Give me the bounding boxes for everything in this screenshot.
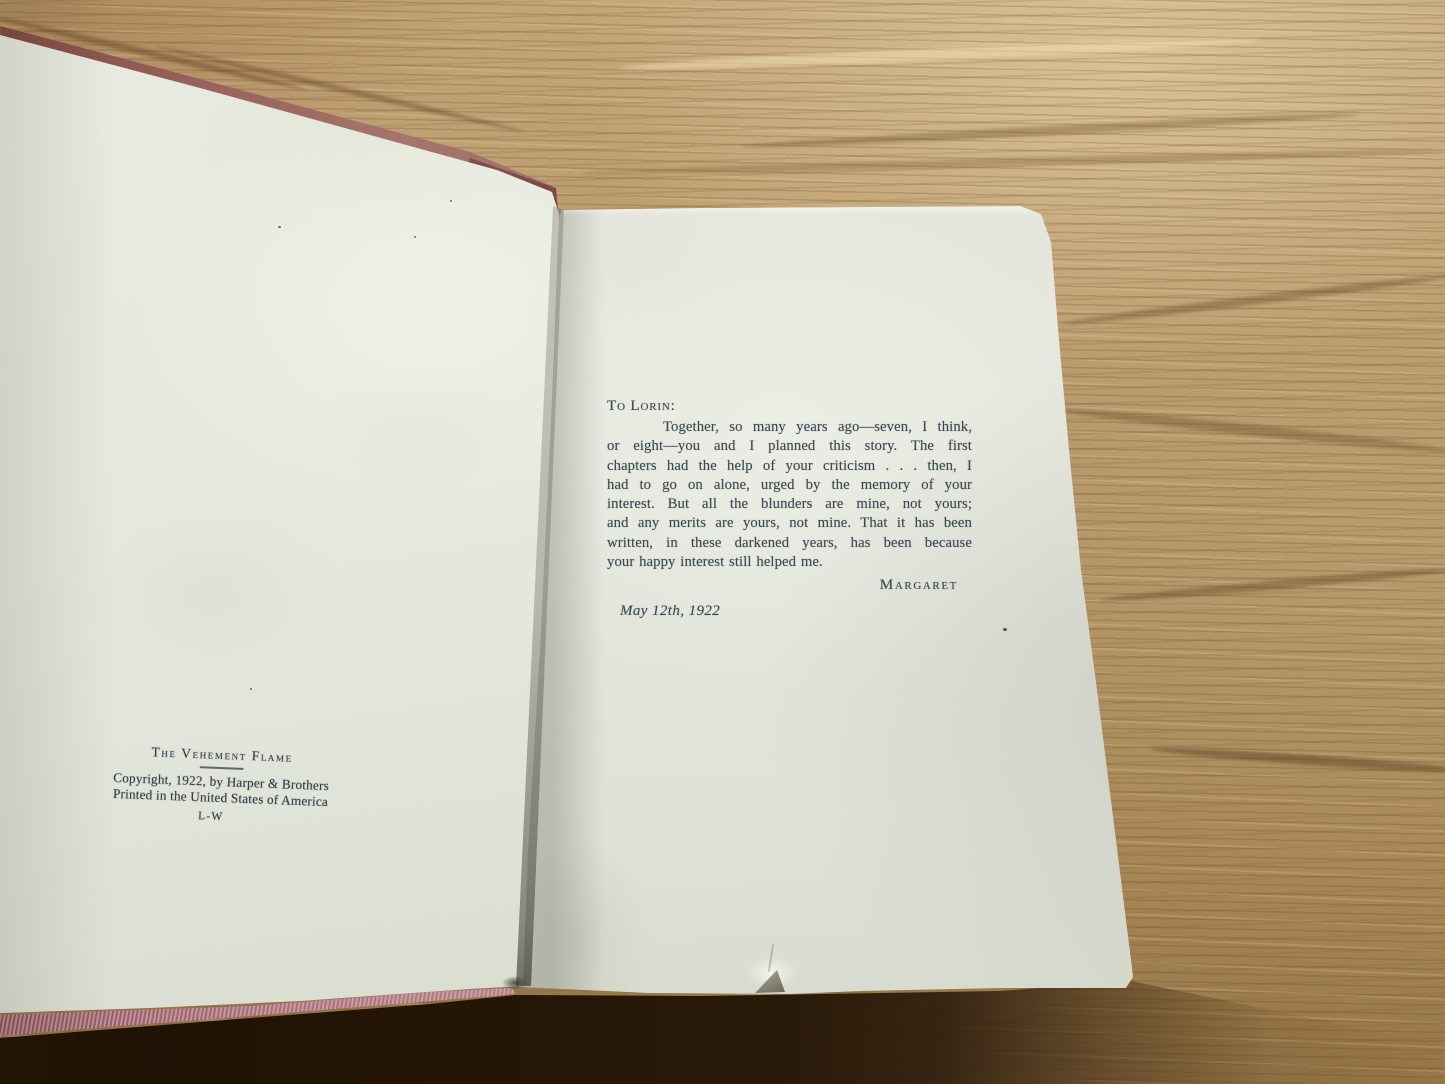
half-title-rule (200, 766, 244, 770)
page-speck (278, 226, 281, 228)
gutter-tear (500, 975, 530, 991)
dedication-date: May 12th, 1922 (607, 601, 972, 621)
dedication-salutation: To Lorin: (607, 395, 972, 416)
dedication-line: and any merits are yours, not mine. That… (607, 514, 972, 533)
half-title: The Vehement Flame (73, 740, 371, 768)
dedication-line: or eight—you and I planned this story. T… (607, 437, 972, 456)
page-speck (1003, 628, 1007, 631)
page-speck (250, 688, 252, 690)
dedication-signature: Margaret (607, 575, 972, 595)
book-photo: To Lorin: Together, so many years ago—se… (0, 0, 1445, 1084)
copyright-imprint: The Vehement Flame Copyright, 1922, by H… (71, 740, 372, 829)
dedication-line: Together, so many years ago—seven, I thi… (607, 418, 972, 437)
dedication-line: chapters had the help of your criticism … (607, 457, 972, 476)
wood-grain-streak (740, 110, 1360, 151)
dedication-line: had to go on alone, urged by the memory … (607, 476, 972, 495)
dedication-line: your happy interest still helped me. (607, 553, 972, 572)
page-speck (414, 236, 416, 238)
wood-grain-streak (1061, 271, 1445, 329)
wood-grain-streak (1056, 404, 1445, 457)
dedication-line: written, in these darkened years, has be… (607, 534, 972, 553)
wood-grain-streak (1100, 564, 1445, 604)
wood-grain-streak (580, 147, 1440, 178)
wood-grain-streak (1150, 744, 1445, 776)
dedication-block: To Lorin: Together, so many years ago—se… (607, 395, 972, 621)
dedication-line: interest. But all the blunders are mine,… (607, 495, 972, 514)
wood-grain-streak (620, 34, 1260, 74)
page-speck (450, 200, 452, 202)
